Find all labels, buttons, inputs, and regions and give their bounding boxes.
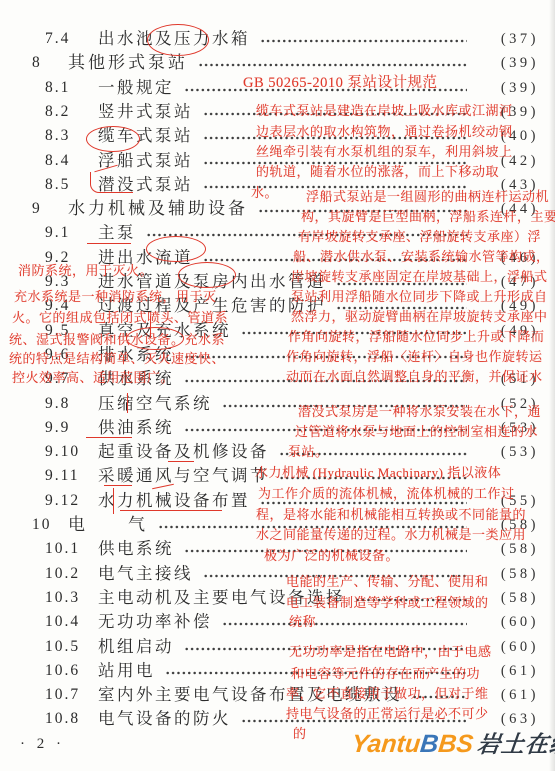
handwritten-note: 岸坡旋转支承座固定在岸坡基础上，浮船式 bbox=[291, 269, 548, 284]
toc-entry-page-number: (58) bbox=[473, 539, 539, 559]
footer-page-number: · 2 · bbox=[20, 736, 65, 753]
handwritten-note: 持电气设备的正常运行是必不可少 bbox=[286, 706, 489, 721]
toc-entry-number: 8.2 bbox=[0, 102, 92, 122]
handwritten-note: 的轨道，随着水位的涨落，而上下移动取 bbox=[256, 164, 499, 179]
toc-entry-number: 10.8 bbox=[0, 709, 92, 729]
handwritten-note: 水。 bbox=[251, 185, 278, 200]
toc-entry-number: 10.2 bbox=[0, 564, 92, 584]
toc-entry-title: 水力机械及辅助设备 bbox=[68, 198, 248, 219]
toc-entry-title: 竖井式泵站 bbox=[98, 101, 193, 122]
toc-entry-number: 7.4 bbox=[0, 29, 92, 49]
toc-entry-title: 起重设备及机修设备 bbox=[98, 441, 269, 462]
toc-entry-title: 电气主接线 bbox=[98, 563, 193, 584]
toc-entry-title: 出水池及压力水箱 bbox=[98, 28, 250, 49]
handwritten-note: 统、湿式报警阀和供水设备。充水系 bbox=[9, 332, 225, 347]
toc-entry-title: 一般规定 bbox=[98, 77, 174, 98]
handwritten-note: 有岸坡旋转支承座、浮船旋转支承座）浮 bbox=[298, 229, 541, 244]
toc-entry-title: 供电系统 bbox=[98, 538, 174, 559]
handwritten-note: 泵站。 bbox=[288, 444, 329, 459]
toc-entry-number: 8.1 bbox=[0, 78, 92, 98]
toc-entry-title: 站用电 bbox=[98, 660, 155, 681]
toc-entry-title: 缆车式泵站 bbox=[98, 125, 193, 146]
handwritten-note: 过管道将水泵与地面上的控制室相连的水 bbox=[295, 424, 538, 439]
toc-entry-title: 供油系统 bbox=[98, 417, 174, 438]
toc-entry-number: 9.12 bbox=[0, 491, 92, 511]
toc-row: 10.4无功功率补偿(60) bbox=[0, 610, 539, 632]
toc-entry-page-number: (61) bbox=[473, 661, 539, 681]
toc-entry-title: 主泵 bbox=[98, 222, 136, 243]
toc-entry-number: 9.1 bbox=[0, 223, 92, 243]
toc-entry-number: 9.11 bbox=[0, 466, 92, 486]
toc-entry-title: 其他形式泵站 bbox=[68, 52, 188, 73]
dot-leader bbox=[198, 62, 467, 68]
red-pen-mark bbox=[87, 243, 131, 244]
toc-entry-number: 10.1 bbox=[0, 539, 92, 559]
toc-entry-page-number: (39) bbox=[473, 53, 539, 73]
handwritten-note: 缆车式泵站是建造在岸坡上吸水库或江湖河 bbox=[256, 103, 513, 118]
handwritten-note: 极为广泛的机械设备。 bbox=[264, 548, 399, 563]
handwritten-note: 水之间能量传递的过程。水力机械是一类应用 bbox=[256, 527, 526, 542]
toc-row: 9.10起重设备及机修设备(53) bbox=[0, 440, 539, 462]
scanned-toc-page: 7.4出水池及压力水箱(37)8其他形式泵站(39)8.1一般规定(39)8.2… bbox=[0, 0, 555, 771]
toc-row: 7.4出水池及压力水箱(37) bbox=[0, 27, 539, 49]
handwritten-note: 然浮力，驱动旋臂曲柄在岸坡旋转支承座中 bbox=[291, 309, 548, 324]
watermark-yantu-text: Yantu bbox=[350, 730, 421, 758]
toc-entry-number: 8 bbox=[0, 53, 62, 73]
handwritten-note: 构，其旋臂是巨型曲柄，浮船系连杆，主要 bbox=[301, 209, 555, 224]
handwritten-note: 率，它不直接用于做功，但对于维 bbox=[286, 686, 489, 701]
toc-entry-title: 无功功率补偿 bbox=[98, 611, 212, 632]
handwritten-note: 火。它的组成包括闭式喷头、管道系 bbox=[12, 310, 228, 325]
toc-row: 8其他形式泵站(39) bbox=[0, 51, 539, 73]
toc-entry-number: 8.4 bbox=[0, 151, 92, 171]
handwritten-note: 为工作介质的流体机械，流体机械的工作过 bbox=[258, 486, 515, 501]
handwritten-note: 程，是将水能和机械能相互转换或不同能量的 bbox=[256, 507, 526, 522]
handwritten-note: 电能的生产、传输、分配、使用和 bbox=[286, 574, 489, 589]
watermark-bs-text: BS bbox=[437, 730, 475, 758]
toc-entry-title: 水力机械设备布置 bbox=[98, 490, 250, 511]
toc-entry-number: 9.9 bbox=[0, 418, 92, 438]
handwritten-note: 边表层水的取水构筑物，通过卷扬机绞动钢 bbox=[256, 124, 513, 139]
toc-entry-page-number: (53) bbox=[473, 442, 539, 462]
handwritten-note: 消防系统，用于灭火。 bbox=[18, 263, 153, 278]
toc-entry-number: 8.5 bbox=[0, 175, 92, 195]
handwritten-note: 统称 bbox=[289, 614, 316, 629]
toc-entry-number: 10 bbox=[0, 515, 62, 535]
handwritten-note: 的 bbox=[293, 726, 307, 741]
toc-entry-title: 采暖通风与空气调节 bbox=[98, 465, 269, 486]
handwritten-note: 控火效率高、适用范围广。 bbox=[12, 370, 174, 385]
toc-entry-title: 潜没式泵站 bbox=[98, 174, 193, 195]
toc-entry-number: 9 bbox=[0, 199, 62, 219]
dot-leader bbox=[260, 38, 467, 44]
toc-entry-number: 10.5 bbox=[0, 637, 92, 657]
toc-entry-title: 电 气 bbox=[68, 514, 148, 535]
handwritten-note: GB 50265-2010 泵站设计规范 bbox=[243, 76, 437, 91]
handwritten-note: 电工装备制造等学科或工程领域的 bbox=[286, 595, 489, 610]
watermark-logo: YantuBBS岩土在线 bbox=[350, 726, 555, 759]
handwritten-note: 水力机械 (Hydraulic Machinary) 指以液体 bbox=[255, 465, 501, 480]
handwritten-note: 和电容等元件的存在而产生的功 bbox=[291, 666, 480, 681]
handwritten-note: 动而在水面自然调整自身的平衡，并保证水 bbox=[286, 369, 543, 384]
toc-entry-page-number: (60) bbox=[473, 612, 539, 632]
toc-entry-page-number: (37) bbox=[473, 29, 539, 49]
dot-leader bbox=[222, 621, 467, 627]
handwritten-note: 充水系统是一种消防系统，用于灭 bbox=[14, 289, 217, 304]
toc-entry-number: 9.8 bbox=[0, 394, 92, 414]
handwritten-note: 泵站利用浮船随水位同步下降或上升形成自 bbox=[291, 289, 548, 304]
handwritten-note: 无功功率是指在电路中，由于电感 bbox=[289, 644, 492, 659]
toc-entry-number: 10.6 bbox=[0, 661, 92, 681]
toc-entry-title: 电气设备的防火 bbox=[98, 708, 231, 729]
handwritten-note: 船、潜水供水泵、安装系统输水管等构成， bbox=[293, 249, 550, 264]
toc-entry-title: 机组启动 bbox=[98, 636, 174, 657]
handwritten-note: 潜没式泵房是一种将水泵安装在水下，通 bbox=[298, 404, 541, 419]
toc-entry-number: 9.10 bbox=[0, 442, 92, 462]
toc-entry-number: 10.7 bbox=[0, 685, 92, 705]
handwritten-note: 丝绳牵引装有水泵机组的泵车，利用斜坡上 bbox=[256, 144, 513, 159]
handwritten-note: 作角向旋转，浮船〈连杆〉自身也作旋转运 bbox=[286, 349, 543, 364]
toc-entry-title: 压缩空气系统 bbox=[98, 393, 212, 414]
toc-entry-title: 浮船式泵站 bbox=[98, 150, 193, 171]
toc-entry-number: 10.3 bbox=[0, 588, 92, 608]
toc-entry-number: 10.4 bbox=[0, 612, 92, 632]
toc-entry-number: 8.3 bbox=[0, 126, 92, 146]
handwritten-note: 统的特点是结构简单、灭火速度快、 bbox=[9, 351, 225, 366]
toc-entry-page-number: (39) bbox=[473, 78, 539, 98]
handwritten-note: 浮船式泵站是一组圆形的曲柄连杆运动机 bbox=[306, 189, 549, 204]
watermark-cjk-text: 岩土在线 bbox=[476, 731, 555, 757]
handwritten-note: 作角向旋转，浮船随水位同步上升或下降而 bbox=[288, 329, 545, 344]
